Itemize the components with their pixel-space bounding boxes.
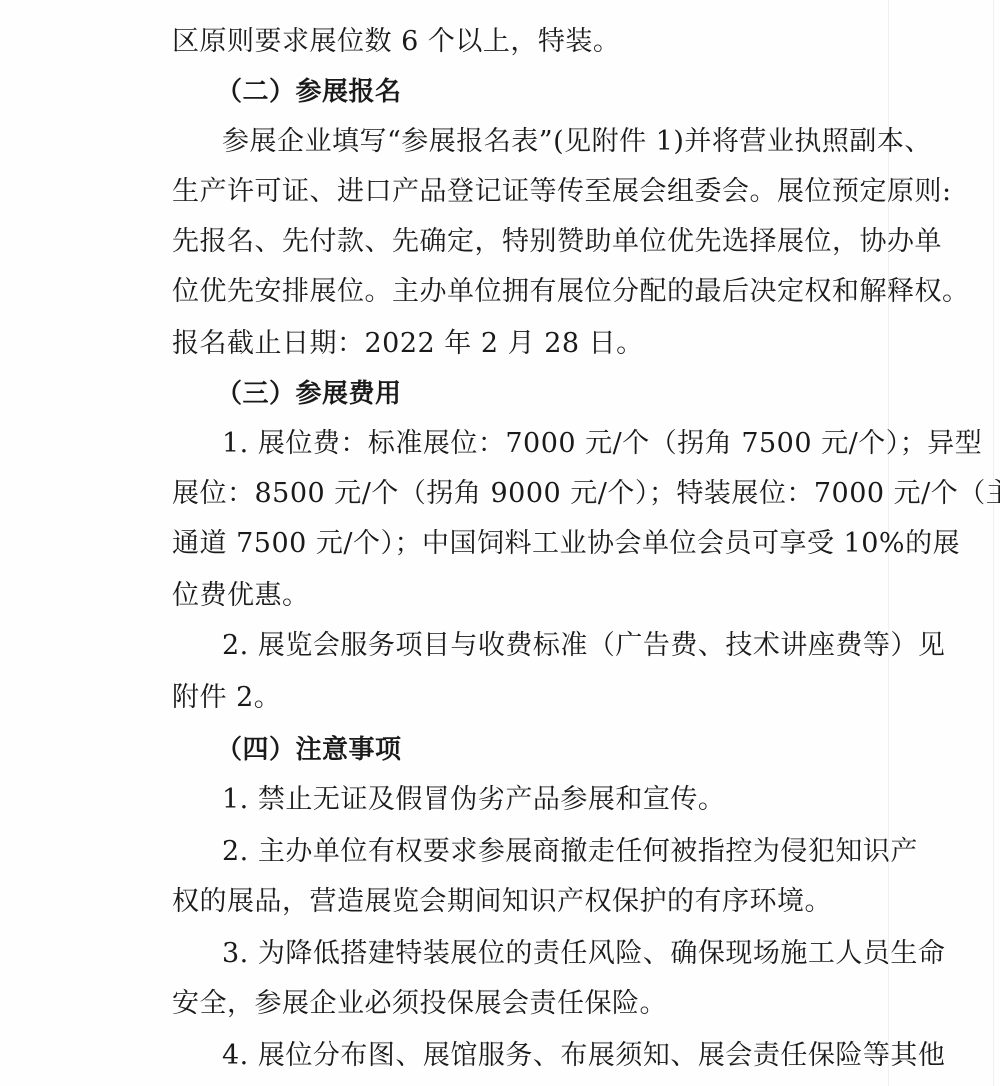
paragraph-line: 位优先安排展位。主办单位拥有展位分配的最后决定权和解释权。 — [172, 274, 852, 310]
paragraph-line: 展位：8500 元/个（拐角 9000 元/个）；特装展位：7000 元/个（主 — [172, 476, 852, 512]
section-heading-notes: （四）注意事项 — [216, 732, 896, 768]
paragraph-line: 先报名、先付款、先确定，特别赞助单位优先选择展位，协办单 — [172, 224, 852, 260]
paragraph-line: 4. 展位分布图、展馆服务、布展须知、展会责任保险等其他 — [222, 1038, 902, 1074]
paragraph-line: 3. 为降低搭建特装展位的责任风险、确保现场施工人员生命 — [222, 936, 902, 972]
paragraph-line: 生产许可证、进口产品登记证等传至展会组委会。展位预定原则: — [172, 174, 852, 210]
paragraph-line: 位费优惠。 — [172, 578, 852, 614]
paragraph-line: 通道 7500 元/个）；中国饲料工业协会单位会员可享受 10%的展 — [172, 526, 852, 562]
paragraph-line: 报名截止日期：2022 年 2 月 28 日。 — [172, 326, 852, 362]
section-heading-registration: （二）参展报名 — [216, 74, 896, 110]
paragraph-line: 附件 2。 — [172, 680, 852, 716]
scan-edge-line — [993, 0, 994, 1086]
paragraph-line: 区原则要求展位数 6 个以上，特装。 — [172, 24, 852, 60]
document-page: 区原则要求展位数 6 个以上，特装。 （二）参展报名 参展企业填写“参展报名表”… — [0, 0, 1000, 1086]
paragraph-line: 2. 展览会服务项目与收费标准（广告费、技术讲座费等）见 — [222, 628, 902, 664]
paragraph-line: 1. 禁止无证及假冒伪劣产品参展和宣传。 — [222, 782, 902, 818]
section-heading-fees: （三）参展费用 — [216, 376, 896, 412]
paragraph-line: 2. 主办单位有权要求参展商撤走任何被指控为侵犯知识产 — [222, 834, 902, 870]
paragraph-line: 1. 展位费：标准展位：7000 元/个（拐角 7500 元/个）；异型 — [222, 426, 902, 462]
paragraph-line: 参展企业填写“参展报名表”(见附件 1)并将营业执照副本、 — [222, 124, 902, 160]
paragraph-line: 安全，参展企业必须投保展会责任保险。 — [172, 986, 852, 1022]
paragraph-line: 权的展品，营造展览会期间知识产权保护的有序环境。 — [172, 884, 852, 920]
